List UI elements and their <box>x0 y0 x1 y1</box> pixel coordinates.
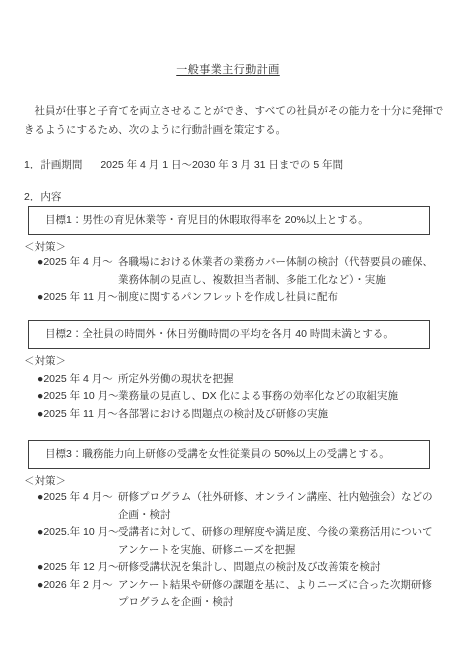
goal-3-measures-heading: ＜対策＞ <box>24 475 432 488</box>
goal-3-title: 目標3：職務能力向上研修の受講を女性従業員の 50%以上の受講とする。 <box>45 448 390 460</box>
measure-row: ●2025.年 10 月～ 受講者に対して、研修の理解度や満足度、今後の業務活用… <box>37 524 432 559</box>
measure-date: ●2025 年 4 月～ <box>37 489 118 524</box>
goal-3-measures: ●2025 年 4 月～ 研修プログラム（社外研修、オンライン講座、社内勉強会）… <box>37 489 432 612</box>
content-heading: 2．内容 <box>24 190 432 205</box>
measure-line: 業務量の見直し、DX 化による事務の効率化などの取組実施 <box>118 388 432 406</box>
measure-date: ●2025 年 4 月～ <box>37 371 118 389</box>
measure-date: ●2025.年 10 月～ <box>37 524 118 559</box>
measure-row: ●2025 年 12 月～ 研修受講状況を集計し、問題点の検討及び改善策を検討 <box>37 559 432 577</box>
plan-period-value: 2025 年 4 月 1 日～2030 年 3 月 31 日までの 5 年間 <box>100 159 343 171</box>
measure-row: ●2025 年 4 月～ 各職場における休業者の業務カバー体制の検討（代替要員の… <box>37 254 432 289</box>
measure-text: 研修受講状況を集計し、問題点の検討及び改善策を検討 <box>118 559 432 577</box>
measure-text: 研修プログラム（社外研修、オンライン講座、社内勉強会）などの 企画・検討 <box>118 489 432 524</box>
goal-2-measures: ●2025 年 4 月～ 所定外労働の現状を把握 ●2025 年 10 月～ 業… <box>37 371 432 424</box>
measure-date: ●2026 年 2 月～ <box>37 577 118 612</box>
goal-1-measures-heading: ＜対策＞ <box>24 241 432 254</box>
measure-line: 企画・検討 <box>118 507 432 525</box>
goal-1-box: 目標1：男性の育児休業等・育児目的休暇取得率を 20%以上とする。 <box>28 206 430 235</box>
plan-period-label: 1．計画期間 <box>24 159 82 171</box>
measure-date: ●2025 年 12 月～ <box>37 559 118 577</box>
measure-text: 受講者に対して、研修の理解度や満足度、今後の業務活用について アンケートを実施、… <box>118 524 432 559</box>
measure-line: アンケート結果や研修の課題を基に、よりニーズに合った次期研修 <box>118 577 432 595</box>
measure-row: ●2025 年 11 月～ 制度に関するパンフレットを作成し社員に配布 <box>37 289 432 307</box>
measure-text: 各職場における休業者の業務カバー体制の検討（代替要員の確保、 業務体制の見直し、… <box>118 254 432 289</box>
measure-text: 制度に関するパンフレットを作成し社員に配布 <box>118 289 432 307</box>
measure-text: 所定外労働の現状を把握 <box>118 371 432 389</box>
measure-row: ●2025 年 4 月～ 研修プログラム（社外研修、オンライン講座、社内勉強会）… <box>37 489 432 524</box>
measure-line: 研修プログラム（社外研修、オンライン講座、社内勉強会）などの <box>118 489 432 507</box>
measure-line: 所定外労働の現状を把握 <box>118 371 432 389</box>
measure-line: 制度に関するパンフレットを作成し社員に配布 <box>118 289 432 307</box>
intro-paragraph: 社員が仕事と子育てを両立させることができ、すべての社員がその能力を十分に発揮で … <box>24 102 432 139</box>
measure-row: ●2025 年 10 月～ 業務量の見直し、DX 化による事務の効率化などの取組… <box>37 388 432 406</box>
measure-line: 研修受講状況を集計し、問題点の検討及び改善策を検討 <box>118 559 432 577</box>
measure-row: ●2026 年 2 月～ アンケート結果や研修の課題を基に、よりニーズに合った次… <box>37 577 432 612</box>
measure-line: 業務体制の見直し、複数担当者制、多能工化など）・実施 <box>118 272 432 290</box>
measure-row: ●2025 年 11 月～ 各部署における問題点の検討及び研修の実施 <box>37 406 432 424</box>
measure-date: ●2025 年 11 月～ <box>37 289 118 307</box>
goal-3-box: 目標3：職務能力向上研修の受講を女性従業員の 50%以上の受講とする。 <box>28 440 430 469</box>
intro-line: きるようにするため、次のように行動計画を策定する。 <box>24 121 432 140</box>
plan-period: 1．計画期間2025 年 4 月 1 日～2030 年 3 月 31 日までの … <box>24 158 432 173</box>
measure-line: 各職場における休業者の業務カバー体制の検討（代替要員の確保、 <box>118 254 432 272</box>
document-page: 一般事業主行動計画 社員が仕事と子育てを両立させることができ、すべての社員がその… <box>0 0 456 646</box>
measure-text: 各部署における問題点の検討及び研修の実施 <box>118 406 432 424</box>
measure-date: ●2025 年 10 月～ <box>37 388 118 406</box>
measure-line: アンケートを実施、研修ニーズを把握 <box>118 542 432 560</box>
goal-1-title: 目標1：男性の育児休業等・育児目的休暇取得率を 20%以上とする。 <box>45 214 369 226</box>
intro-line: 社員が仕事と子育てを両立させることができ、すべての社員がその能力を十分に発揮で <box>24 102 432 121</box>
goal-2-title: 目標2：全社員の時間外・休日労働時間の平均を各月 40 時間未満とする。 <box>45 328 394 340</box>
goal-2-box: 目標2：全社員の時間外・休日労働時間の平均を各月 40 時間未満とする。 <box>28 320 430 349</box>
measure-line: プログラムを企画・検討 <box>118 594 432 612</box>
page-title: 一般事業主行動計画 <box>24 62 432 78</box>
measure-date: ●2025 年 11 月～ <box>37 406 118 424</box>
measure-text: アンケート結果や研修の課題を基に、よりニーズに合った次期研修 プログラムを企画・… <box>118 577 432 612</box>
measure-line: 各部署における問題点の検討及び研修の実施 <box>118 406 432 424</box>
measure-line: 受講者に対して、研修の理解度や満足度、今後の業務活用について <box>118 524 432 542</box>
goal-1-measures: ●2025 年 4 月～ 各職場における休業者の業務カバー体制の検討（代替要員の… <box>37 254 432 307</box>
measure-text: 業務量の見直し、DX 化による事務の効率化などの取組実施 <box>118 388 432 406</box>
measure-row: ●2025 年 4 月～ 所定外労働の現状を把握 <box>37 371 432 389</box>
goal-2-measures-heading: ＜対策＞ <box>24 355 432 368</box>
measure-date: ●2025 年 4 月～ <box>37 254 118 289</box>
